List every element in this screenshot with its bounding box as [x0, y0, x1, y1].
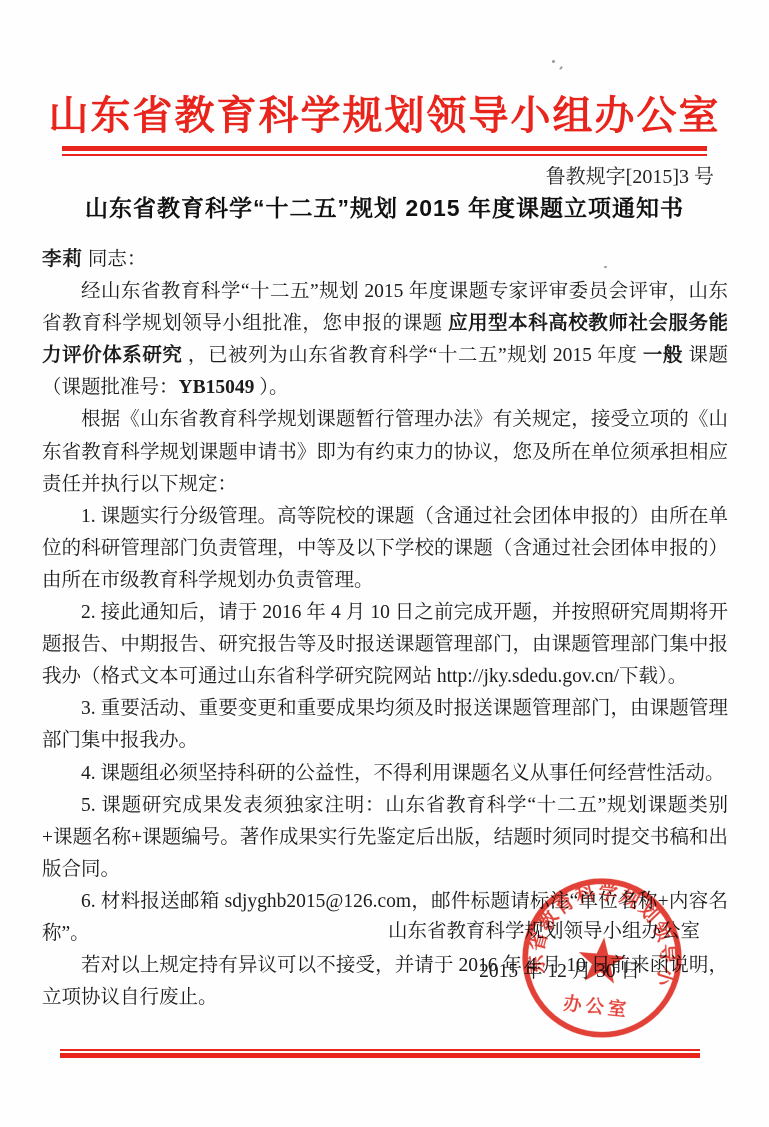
footer-rule-thick [60, 1053, 700, 1058]
seal-bottom-text: 办公室 [563, 992, 632, 1020]
rule-item-4: 4. 课题组必须坚持科研的公益性，不得利用课题名义从事任何经营性活动。 [42, 758, 728, 790]
official-seal-graphic: 山东省教育科学规划领导小组 办公室 [511, 867, 693, 1049]
letterhead: 山东省教育科学规划领导小组办公室 鲁教规字[2015]3 号 山东省教育科学“十… [0, 92, 769, 223]
para1-mid1: ，已被列为山东省教育科学“十二五”规划 2015 年度 [182, 345, 642, 366]
footer-rule-thin [60, 1049, 700, 1051]
addressee-name: 李莉 [42, 249, 83, 270]
star-icon [576, 935, 628, 985]
rule-item-1: 1. 课题实行分级管理。高等院校的课题（含通过社会团体申报的）由所在单位的科研管… [42, 501, 728, 597]
scanned-notice-page: 山东省教育科学规划领导小组办公室 鲁教规字[2015]3 号 山东省教育科学“十… [0, 0, 769, 1127]
approval-number: YB15049 [179, 377, 255, 398]
letterhead-rule-thick [62, 146, 707, 151]
paragraph-regulation-intro: 根据《山东省教育科学规划课题暂行管理办法》有关规定，接受立项的《山东省教育科学规… [42, 404, 728, 500]
salutation-suffix: 同志： [83, 249, 146, 270]
official-seal: 山东省教育科学规划领导小组 办公室 [511, 867, 693, 1049]
letterhead-org-title: 山东省教育科学规划领导小组办公室 [0, 92, 769, 140]
document-number: 鲁教规字[2015]3 号 [0, 165, 769, 189]
salutation: 李莉 同志： [42, 244, 728, 276]
rule-item-5: 5. 课题研究成果发表须独家注明：山东省教育科学“十二五”规划课题类别+课题名称… [42, 790, 728, 886]
rule-item-3: 3. 重要活动、重要变更和重要成果均须及时报送课题管理部门，由课题管理部门集中报… [42, 693, 728, 757]
scan-noise [552, 60, 555, 63]
footer-divider [60, 1049, 700, 1058]
letterhead-rule-thin [62, 154, 707, 156]
project-category: 一般 [643, 345, 683, 366]
document-title: 山东省教育科学“十二五”规划 2015 年度课题立项通知书 [0, 193, 769, 223]
rule-item-2: 2. 接此通知后，请于 2016 年 4 月 10 日之前完成开题，并按照研究周… [42, 597, 728, 693]
scan-noise [559, 66, 563, 70]
para1-tail: ）。 [254, 377, 288, 398]
letterhead-divider [62, 146, 707, 156]
paragraph-approval: 经山东省教育科学“十二五”规划 2015 年度课题专家评审委员会评审，山东省教育… [42, 276, 728, 404]
